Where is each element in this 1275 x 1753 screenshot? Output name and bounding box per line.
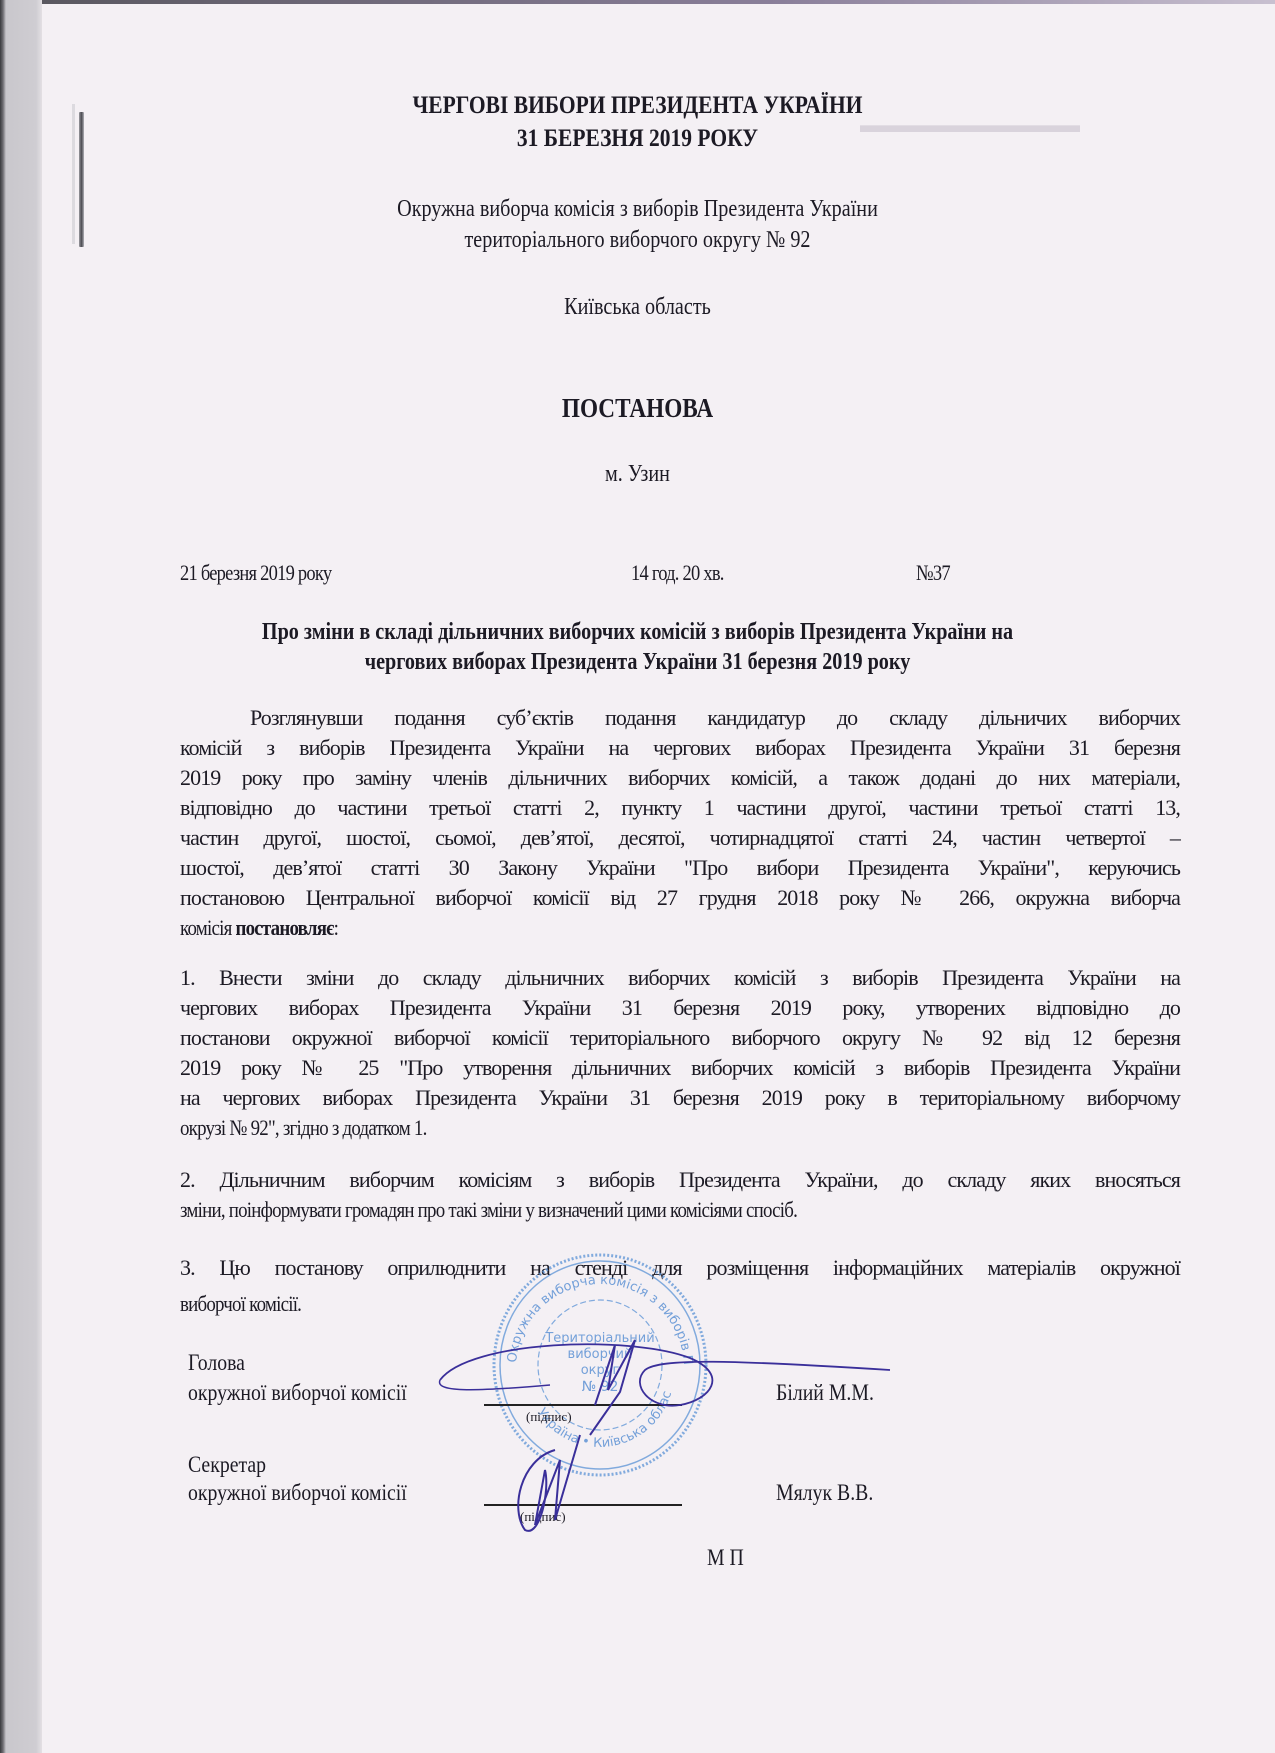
document-type-title: ПОСТАНОВА [89,393,1186,424]
secretary-role-line1: Секретар [188,1452,266,1478]
item-line: окрузі № 92", згідно з додатком 1. [180,1115,427,1141]
head-role-line1: Голова [188,1350,245,1376]
staple-shadow [72,104,75,244]
preamble-text: : [334,915,338,940]
item-line: виборчої комісії. [180,1291,301,1317]
item-line: на чергових виборах Президента України 3… [180,1085,1180,1111]
head-role-line2: окружної виборчої комісії [188,1380,407,1406]
item-line: чергових виборах Президента України 31 б… [180,995,1180,1021]
preamble-last-line: комісія постановляє: [180,915,338,941]
item-line: 2. Дільничним виборчим комісіям з виборі… [180,1167,1180,1193]
staple-icon [79,112,84,247]
item-line: зміни, поінформувати громадян про такі з… [180,1197,797,1223]
item-text: окрузі № 92", згідно з додатком 1. [180,1115,427,1140]
svg-text:округ: округ [581,1363,620,1378]
decision-time: 14 год. 20 хв. [631,560,724,586]
preamble-line: постановою Центральної виборчої комісії … [180,885,1180,911]
region-name: Київська область [102,294,1173,321]
commission-name-line1: Окружна виборча комісія з виборів Презид… [102,196,1173,223]
decision-date: 21 березня 2019 року [180,560,331,586]
preamble-line: частин другої, шостої, сьомої, дев’ятої,… [180,825,1180,851]
item-text: чергових виборах Президента України 31 б… [180,995,1180,1021]
item-text: 3. Цю постанову оприлюднити на стенді дл… [180,1255,1180,1281]
item-text: 2019 року № 25 "Про утворення дільничних… [180,1055,1180,1081]
svg-text:№ 92: № 92 [582,1379,619,1395]
item-line: 2019 року № 25 "Про утворення дільничних… [180,1055,1180,1081]
resolves-keyword: постановляє [235,915,333,940]
head-signature-line [484,1404,682,1406]
preamble-line: 2019 року про заміну членів дільничних в… [180,765,1180,791]
decision-number: №37 [916,560,950,586]
official-stamp-icon: Окружна виборча комісія з виборів Презид… [488,1250,712,1480]
preamble-text: комісія [180,915,235,940]
preamble-line: комісій з виборів Президента України на … [180,735,1180,761]
preamble-text: Розглянувши подання суб’єктів подання ка… [250,705,1180,730]
item-text: на чергових виборах Президента України 3… [180,1085,1180,1111]
head-signature-caption: (підпис) [526,1409,572,1425]
preamble-text: 2019 року про заміну членів дільничних в… [180,765,1180,791]
item-line: постанови окружної виборчої комісії тери… [180,1025,1180,1051]
item-text: зміни, поінформувати громадян про такі з… [180,1197,797,1222]
head-name: Білий М.М. [776,1380,874,1406]
item-line: 3. Цю постанову оприлюднити на стенді дл… [180,1255,1180,1281]
item-text: постанови окружної виборчої комісії тери… [180,1025,1180,1051]
document-type-label: ПОСТАНОВА [562,393,713,423]
item-text: виборчої комісії. [180,1291,301,1316]
item-text: 2. Дільничним виборчим комісіям з виборі… [180,1167,1180,1193]
preamble-line: шостої, дев’ятої статті 30 Закону Україн… [180,855,1180,881]
preamble-text: шостої, дев’ятої статті 30 Закону Україн… [180,855,1180,881]
commission-name-line2: територіального виборчого округу № 92 [102,227,1173,254]
preamble-line: Розглянувши подання суб’єктів подання ка… [250,705,1180,731]
preamble-line: відповідно до частини третьої статті 2, … [180,795,1180,821]
secretary-signature-line [484,1504,682,1506]
item-text: 1. Внести зміни до складу дільничних виб… [180,965,1180,991]
subject-line1: Про зміни в складі дільничних виборчих к… [102,619,1173,646]
scan-top-edge [42,0,1275,4]
secretary-name: Мялук В.В. [776,1480,873,1506]
preamble-text: відповідно до частини третьої статті 2, … [180,795,1180,821]
seal-place-mark: М П [707,1545,744,1571]
secretary-role-line2: окружної виборчої комісії [188,1480,407,1506]
scan-margin-strip [0,0,42,1753]
preamble-text: постановою Центральної виборчої комісії … [180,885,1180,911]
item-line: 1. Внести зміни до складу дільничних виб… [180,965,1180,991]
preamble-text: комісій з виборів Президента України на … [180,735,1180,761]
election-title-line2: 31 БЕРЕЗНЯ 2019 РОКУ [89,125,1186,153]
secretary-signature-caption: (підпис) [520,1509,566,1525]
city-name: м. Узин [102,461,1173,488]
election-title-line1: ЧЕРГОВІ ВИБОРИ ПРЕЗИДЕНТА УКРАЇНИ [89,92,1186,120]
svg-text:Територіальний: Територіальний [544,1331,654,1346]
subject-line2: чергових виборах Президента України 31 б… [102,649,1173,676]
svg-text:виборчий: виборчий [568,1347,633,1362]
preamble-text: частин другої, шостої, сьомої, дев’ятої,… [180,825,1180,851]
